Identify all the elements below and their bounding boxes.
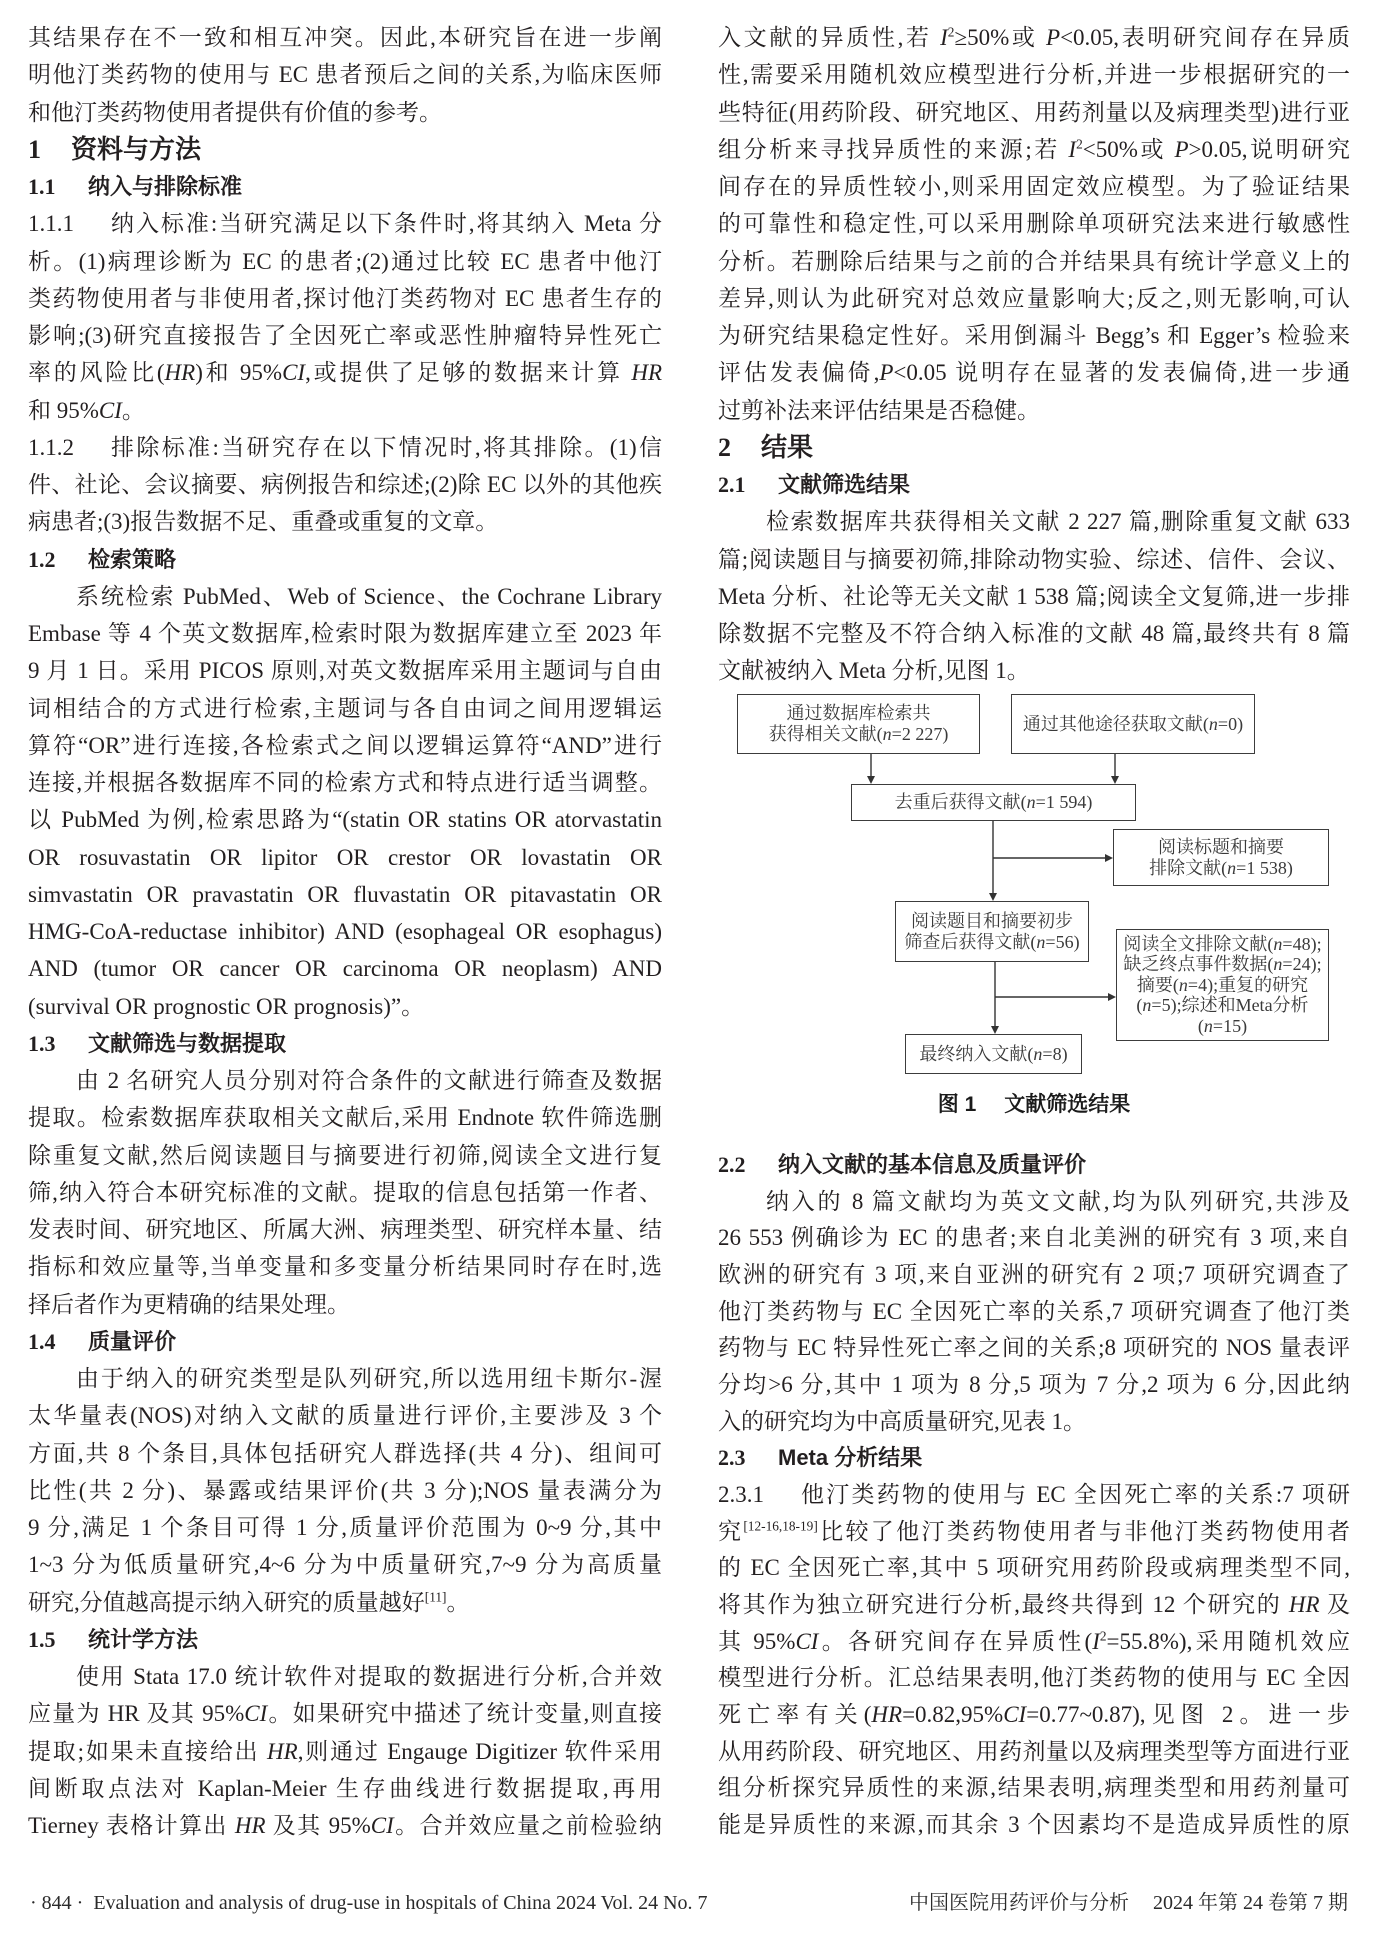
body-line: 为研究结果稳定性好。采用倒漏斗 Begg’s 和 Egger’s 检验来	[718, 317, 1350, 354]
text-run: =1 538)	[1236, 858, 1293, 878]
text-run: 将其作为独立研究进行分析,最终共得到 12 个研究的	[718, 1592, 1289, 1617]
body-line: 2.3.1 他汀类药物的使用与 EC 全因死亡率的关系:7 项研	[718, 1477, 1350, 1514]
text-run: 研究,分值越高提示纳入研究的质量越好	[28, 1590, 425, 1615]
subsection-title: 纳入文献的基本信息及质量评价	[778, 1147, 1086, 1184]
text-run: 及	[1320, 1592, 1350, 1617]
text-run: 纳入标准:当研究满足以下条件时,将其纳入 Meta 分	[111, 205, 662, 242]
body-line: 过剪补法来评估结果是否稳健。	[718, 392, 1350, 429]
subsection-heading: 1.4 质量评价	[28, 1323, 662, 1360]
body-line: OR rosuvastatin OR lipitor OR crestor OR…	[28, 839, 662, 876]
body-line: 26 553 例确诊为 EC 的患者;来自北美洲的研究有 3 项,来自	[718, 1220, 1350, 1257]
arrowhead-right-icon	[1108, 993, 1116, 1001]
italic-term: n	[1027, 792, 1036, 812]
body-line: 差异,则认为此研究对总效应量影响大;反之,则无影响,可认	[718, 280, 1350, 317]
body-line: 除数据不完整及不符合纳入标准的文献 48 篇,最终共有 8 篇	[718, 615, 1350, 652]
text-run: 率的风险比(	[28, 360, 165, 385]
body-line: 模型进行分析。汇总结果表明,他汀类药物的使用与 EC 全因	[718, 1660, 1350, 1697]
italic-term: HR	[165, 360, 196, 385]
body-line: simvastatin OR pravastatin OR fluvastati…	[28, 876, 662, 913]
box-text-line: 获得相关文献(n=2 227)	[769, 724, 949, 745]
text-run: 。	[446, 1590, 469, 1615]
body-line: 文献被纳入 Meta 分析,见图 1。	[718, 652, 1350, 689]
figure-caption: 图 1 文献筛选结果	[718, 1089, 1350, 1117]
text-run: 死亡率有关(	[718, 1702, 871, 1727]
body-line: 药物与 EC 特异性死亡率之间的关系;8 项研究的 NOS 量表评	[718, 1330, 1350, 1367]
left-column: 其结果存在不一致和相互冲突。因此,本研究旨在进一步阐 明他汀类药物的使用与 EC…	[28, 19, 662, 1844]
text-run: =8)	[1042, 1044, 1067, 1064]
body-line: 1~3 分为低质量研究,4~6 分为中质量研究,7~9 分为高质量	[28, 1546, 662, 1583]
subsection-number: 1.2	[28, 541, 88, 578]
body-line: 能是异质性的来源,而其余 3 个因素均不是造成异质性的原	[718, 1807, 1350, 1844]
section-heading: 1 资料与方法	[28, 131, 662, 168]
text-run: 组分析来寻找异质性的来源;若	[718, 137, 1068, 162]
text-run: 。如果研究中描述了统计变量,则直接	[267, 1701, 662, 1726]
text-run: 最终纳入文献(	[919, 1044, 1033, 1064]
body-line: AND (tumor OR cancer OR carcinoma OR neo…	[28, 950, 662, 987]
italic-term: n	[1179, 975, 1188, 995]
subsection-heading: 1.3 文献筛选与数据提取	[28, 1025, 662, 1062]
italic-term: HR	[871, 1702, 902, 1727]
text-run: 。	[122, 398, 145, 423]
body-line: 类药物使用者与非使用者,探讨他汀类药物对 EC 患者生存的	[28, 280, 662, 317]
italic-term: I	[940, 25, 948, 50]
text-run: =1 594)	[1036, 792, 1093, 812]
body-line: 1.1.2 排除标准:当研究存在以下情况时,将其排除。(1)信	[28, 429, 662, 466]
text-run: )和 95%	[195, 360, 282, 385]
body-line: 筛,纳入符合本研究标准的文献。提取的信息包括第一作者、	[28, 1174, 662, 1211]
subsection-heading: 2.1 文献筛选结果	[718, 466, 1350, 503]
box-text-line: 筛查后获得文献(n=56)	[904, 932, 1079, 953]
body-line: 提取;如果未直接给出 HR,则通过 Engauge Digitizer 软件采用	[28, 1733, 662, 1770]
body-line: 检索数据库共获得相关文献 2 227 篇,删除重复文献 633	[718, 503, 1350, 540]
italic-term: n	[883, 724, 892, 744]
body-line: 组分析探究异质性的来源,结果表明,病理类型和用药剂量可	[718, 1770, 1350, 1807]
paragraph-label: 2.3.1	[718, 1477, 801, 1514]
body-line: 究[12-16,18-19]比较了他汀类药物使用者与非他汀类药物使用者	[718, 1514, 1350, 1551]
text-run: =5);综述和Meta分析	[1151, 995, 1308, 1015]
body-line: 其结果存在不一致和相互冲突。因此,本研究旨在进一步阐	[28, 19, 662, 56]
text-run: <0.05 说明存在显著的发表偏倚,进一步通	[893, 360, 1350, 385]
section-number: 1	[28, 131, 71, 168]
journal-name-chinese: 中国医院用药评价与分析	[909, 1892, 1129, 1914]
flow-box-records-database: 通过数据库检索共 获得相关文献(n=2 227)	[737, 694, 980, 754]
text-run: 通过其他途径获取文献(	[1023, 714, 1209, 734]
body-line: 择后者作为更精确的结果处理。	[28, 1286, 662, 1323]
text-run: =48);	[1282, 934, 1321, 954]
body-line: 比性(共 2 分)、暴露或结果评价(共 3 分);NOS 量表满分为	[28, 1472, 662, 1509]
section-heading: 2 结果	[718, 429, 1350, 466]
body-line: 入的研究均为中高质量研究,见表 1。	[718, 1404, 1350, 1441]
arrowhead-down-icon	[991, 1026, 999, 1034]
body-line: 他汀类药物与 EC 全因死亡率的关系,7 项研究调查了他汀类	[718, 1294, 1350, 1331]
subsection-number: 1.3	[28, 1025, 88, 1062]
arrowhead-down-icon	[989, 893, 997, 901]
flow-box-after-dedup: 去重后获得文献(n=1 594)	[851, 784, 1136, 821]
subsection-title: 文献筛选与数据提取	[88, 1025, 286, 1062]
body-line: 系统检索 PubMed、Web of Science、the Cochrane …	[28, 578, 662, 615]
body-line: 其 95%CI。各研究间存在异质性(I2=55.8%),采用随机效应	[718, 1624, 1350, 1661]
text-run: 究	[718, 1519, 743, 1544]
text-run: Tierney 表格计算出	[28, 1813, 235, 1838]
body-line: 应量为 HR 及其 95%CI。如果研究中描述了统计变量,则直接	[28, 1695, 662, 1732]
body-line: 发表时间、研究地区、所属大洲、病理类型、研究样本量、结局	[28, 1211, 662, 1248]
right-column-bottom: 2.2 纳入文献的基本信息及质量评价 纳入的 8 篇文献均为英文文献,均为队列研…	[718, 1147, 1350, 1843]
subsection-title: 文献筛选结果	[778, 466, 910, 503]
subsection-number: 2.3	[718, 1440, 778, 1477]
italic-term: CI	[1003, 1702, 1026, 1727]
box-text-line: 最终纳入文献(n=8)	[919, 1044, 1067, 1065]
body-line: 死亡率有关(HR=0.82,95%CI=0.77~0.87),见图 2。进一步	[718, 1697, 1350, 1734]
body-line: 的 EC 全因死亡率,其中 5 项研究用药阶段或病理类型不同,	[718, 1550, 1350, 1587]
paragraph-label: 1.1.1	[28, 205, 111, 242]
body-line: (survival OR prognostic OR prognosis)”。	[28, 988, 662, 1025]
text-run: 阅读题目和摘要初步	[911, 911, 1073, 931]
figure-label: 图 1	[938, 1088, 977, 1118]
section-title: 结果	[761, 429, 813, 466]
flow-box-records-other: 通过其他途径获取文献(n=0)	[1011, 694, 1255, 754]
body-line: 病患者;(3)报告数据不足、重叠或重复的文章。	[28, 503, 662, 540]
text-run: ,则通过 Engauge Digitizer 软件采用	[298, 1739, 662, 1764]
paragraph-label: 1.1.2	[28, 429, 111, 466]
subsection-number: 1.4	[28, 1323, 88, 1360]
text-run: 去重后获得文献(	[895, 792, 1027, 812]
text-run: 和 95%	[28, 398, 99, 423]
issue-info: 2024 年第 24 卷第 7 期	[1153, 1892, 1348, 1914]
box-text-line: 阅读题目和摘要初步	[911, 911, 1073, 932]
text-run: 筛查后获得文献(	[904, 932, 1036, 952]
body-line: 词相结合的方式进行检索,主题词与各自由词之间用逻辑运	[28, 690, 662, 727]
text-run: 其 95%	[718, 1629, 795, 1654]
italic-term: CI	[99, 398, 122, 423]
section-title: 资料与方法	[71, 131, 201, 168]
body-line: 研究,分值越高提示纳入研究的质量越好[11]。	[28, 1584, 662, 1621]
italic-term: I	[1092, 1629, 1100, 1654]
text-run: 比较了他汀类药物使用者与非他汀类药物使用者	[818, 1519, 1350, 1544]
text-run: 获得相关文献(	[769, 724, 883, 744]
body-line: HMG-CoA-reductase inhibitor) AND (esopha…	[28, 913, 662, 950]
text-run: 入文献的异质性,若	[718, 25, 940, 50]
italic-term: n	[1204, 1016, 1213, 1036]
italic-term: CI	[282, 360, 305, 385]
body-line: 方面,共 8 个条目,具体包括研究人群选择(共 4 分)、组间可	[28, 1435, 662, 1472]
body-line: 从用药阶段、研究地区、用药剂量以及病理类型等方面进行亚	[718, 1734, 1350, 1771]
body-line: 欧洲的研究有 3 项,来自亚洲的研究有 2 项;7 项研究调查了	[718, 1257, 1350, 1294]
text-run: 排除文献(	[1149, 858, 1227, 878]
arrowhead-right-icon	[1105, 854, 1113, 862]
text-run: ≥50%或	[954, 25, 1046, 50]
body-line: 和他汀类药物使用者提供有价值的参考。	[28, 94, 662, 131]
subsection-title: Meta 分析结果	[778, 1440, 922, 1477]
subsection-heading: 1.5 统计学方法	[28, 1621, 662, 1658]
subsection-heading: 1.1 纳入与排除标准	[28, 168, 662, 205]
italic-term: n	[1227, 858, 1236, 878]
figure-title: 文献筛选结果	[1004, 1088, 1130, 1118]
citation-superscript: [11]	[425, 1589, 447, 1604]
text-run: 及其 95%	[266, 1813, 371, 1838]
subsection-number: 2.1	[718, 466, 778, 503]
body-line: 算符“OR”进行连接,各检索式之间以逻辑运算符“AND”进行	[28, 727, 662, 764]
body-line: 纳入的 8 篇文献均为英文文献,均为队列研究,共涉及	[718, 1184, 1350, 1221]
flow-box-excluded-title-abstract: 阅读标题和摘要 排除文献(n=1 538)	[1113, 829, 1329, 886]
text-run: <50%或	[1083, 137, 1175, 162]
text-run: 缺乏终点事件数据(	[1123, 954, 1273, 974]
italic-term: I	[1068, 137, 1076, 162]
body-line: 些特征(用药阶段、研究地区、用药剂量以及病理类型)进行亚	[718, 94, 1350, 131]
body-line: 由于纳入的研究类型是队列研究,所以选用纽卡斯尔-渥	[28, 1360, 662, 1397]
text-run: 提取;如果未直接给出	[28, 1739, 267, 1764]
text-run: <0.05,表明研究间存在异质	[1060, 25, 1350, 50]
italic-term: HR	[235, 1813, 266, 1838]
subsection-title: 质量评价	[88, 1323, 176, 1360]
text-run: 通过数据库检索共	[787, 703, 931, 723]
superscript: 2	[1100, 1628, 1107, 1643]
box-text-line: 阅读全文排除文献(n=48);	[1123, 934, 1321, 955]
italic-term: HR	[1289, 1592, 1320, 1617]
body-line: 连接,并根据各数据库不同的检索方式和特点进行适当调整。	[28, 764, 662, 801]
italic-term: P	[1174, 137, 1188, 162]
journal-name-english: Evaluation and analysis of drug-use in h…	[93, 1892, 707, 1914]
body-line: 使用 Stata 17.0 统计软件对提取的数据进行分析,合并效	[28, 1658, 662, 1695]
subsection-heading: 2.3 Meta 分析结果	[718, 1440, 1350, 1477]
flow-box-excluded-fulltext: 阅读全文排除文献(n=48); 缺乏终点事件数据(n=24); 摘要(n=4);…	[1116, 929, 1329, 1041]
body-line: 性,需要采用随机效应模型进行分析,并进一步根据研究的一	[718, 56, 1350, 93]
body-line: 篇;阅读题目与摘要初筛,排除动物实验、综述、信件、会议、	[718, 541, 1350, 578]
subsection-title: 纳入与排除标准	[88, 168, 242, 205]
right-column-top: 入文献的异质性,若 I2≥50%或 P<0.05,表明研究间存在异质 性,需要采…	[718, 19, 1350, 690]
text-run: 摘要(	[1137, 975, 1179, 995]
body-line: 提取。检索数据库获取相关文献后,采用 Endnote 软件筛选删	[28, 1099, 662, 1136]
body-line: 评估发表偏倚,P<0.05 说明存在显著的发表偏倚,进一步通	[718, 354, 1350, 391]
box-text-line: (n=15)	[1198, 1016, 1247, 1037]
text-run: =4);重复的研究	[1188, 975, 1308, 995]
body-line: 组分析来寻找异质性的来源;若 I2<50%或 P>0.05,说明研究	[718, 131, 1350, 168]
body-line: 间断取点法对 Kaplan-Meier 生存曲线进行数据提取,再用	[28, 1770, 662, 1807]
text-run: =55.8%),采用随机效应	[1107, 1629, 1350, 1654]
subsection-number: 2.2	[718, 1147, 778, 1184]
box-text-line: 阅读标题和摘要	[1158, 837, 1284, 858]
text-run: 阅读全文排除文献(	[1123, 934, 1273, 954]
italic-term: HR	[267, 1739, 298, 1764]
text-run: =15)	[1213, 1016, 1247, 1036]
subsection-title: 统计学方法	[88, 1621, 198, 1658]
italic-term: CI	[244, 1701, 267, 1726]
italic-term: n	[1209, 714, 1218, 734]
body-line: 由 2 名研究人员分别对符合条件的文献进行筛查及数据	[28, 1062, 662, 1099]
subsection-title: 检索策略	[88, 541, 176, 578]
subsection-heading: 2.2 纳入文献的基本信息及质量评价	[718, 1147, 1350, 1184]
body-line: Tierney 表格计算出 HR 及其 95%CI。合并效应量之前检验纳	[28, 1807, 662, 1844]
box-text-line: 通过数据库检索共	[787, 703, 931, 724]
body-line: 影响;(3)研究直接报告了全因死亡率或恶性肿瘤特异性死亡	[28, 317, 662, 354]
text-run: =0.82,95%	[902, 1702, 1003, 1727]
text-run: >0.05,说明研究	[1189, 137, 1350, 162]
subsection-number: 1.5	[28, 1621, 88, 1658]
text-run: =2 227)	[892, 724, 949, 744]
italic-term: HR	[631, 360, 662, 385]
text-run: 。各研究间存在异质性(	[818, 1629, 1092, 1654]
body-line: 和 95%CI。	[28, 392, 662, 429]
text-run: 应量为 HR 及其 95%	[28, 1701, 244, 1726]
body-line: Meta 分析、社论等无关文献 1 538 篇;阅读全文复筛,进一步排	[718, 578, 1350, 615]
text-run: 阅读标题和摘要	[1158, 837, 1284, 857]
footer-left: · 844 ·Evaluation and analysis of drug-u…	[30, 1891, 708, 1915]
box-text-line: 排除文献(n=1 538)	[1149, 858, 1293, 879]
body-line: Embase 等 4 个英文数据库,检索时限为数据库建立至 2023 年	[28, 615, 662, 652]
body-line: 分均>6 分,其中 1 项为 8 分,5 项为 7 分,2 项为 6 分,因此纳	[718, 1367, 1350, 1404]
body-line: 除重复文献,然后阅读题目与摘要进行初筛,阅读全文进行复	[28, 1137, 662, 1174]
body-line: 分析。若删除后结果与之前的合并结果具有统计学意义上的	[718, 243, 1350, 280]
footer-right: 中国医院用药评价与分析2024 年第 24 卷第 7 期	[909, 1891, 1348, 1915]
body-line: 件、社论、会议摘要、病例报告和综述;(2)除 EC 以外的其他疾	[28, 466, 662, 503]
subsection-number: 1.1	[28, 168, 88, 205]
body-line: 入文献的异质性,若 I2≥50%或 P<0.05,表明研究间存在异质	[718, 19, 1350, 56]
flow-box-included: 最终纳入文献(n=8)	[905, 1034, 1082, 1074]
arrowhead-down-icon	[1111, 776, 1119, 784]
body-line: 9 分,满足 1 个条目可得 1 分,质量评价范围为 0~9 分,其中	[28, 1509, 662, 1546]
text-run: ,或提供了足够的数据来计算	[305, 360, 631, 385]
section-number: 2	[718, 429, 761, 466]
italic-term: CI	[371, 1813, 394, 1838]
body-line: 明他汀类药物的使用与 EC 患者预后之间的关系,为临床医师	[28, 56, 662, 93]
body-line: 太华量表(NOS)对纳入文献的质量进行评价,主要涉及 3 个	[28, 1397, 662, 1434]
body-line: 1.1.1 纳入标准:当研究满足以下条件时,将其纳入 Meta 分	[28, 205, 662, 242]
box-text-line: 通过其他途径获取文献(n=0)	[1023, 714, 1243, 735]
body-line: 指标和效应量等,当单变量和多变量分析结果同时存在时,选	[28, 1248, 662, 1285]
text-run: 评估发表偏倚,	[718, 360, 879, 385]
text-run: =56)	[1045, 932, 1079, 952]
body-line: 率的风险比(HR)和 95%CI,或提供了足够的数据来计算 HR	[28, 354, 662, 391]
text-run: =0)	[1218, 714, 1243, 734]
box-text-line: 去重后获得文献(n=1 594)	[895, 792, 1093, 813]
box-text-line: 缺乏终点事件数据(n=24);	[1123, 954, 1321, 975]
body-line: 将其作为独立研究进行分析,最终共得到 12 个研究的 HR 及	[718, 1587, 1350, 1624]
text-run: =0.77~0.87),见图 2。进一步	[1026, 1702, 1350, 1727]
body-line: 以 PubMed 为例,检索思路为“(statin OR statins OR …	[28, 801, 662, 838]
body-line: 析。(1)病理诊断为 EC 的患者;(2)通过比较 EC 患者中他汀	[28, 243, 662, 280]
body-line: 9 月 1 日。采用 PICOS 原则,对英文数据库采用主题词与自由	[28, 652, 662, 689]
text-run: 他汀类药物的使用与 EC 全因死亡率的关系:7 项研	[801, 1477, 1350, 1514]
flow-box-screened: 阅读题目和摘要初步 筛查后获得文献(n=56)	[895, 901, 1089, 962]
arrowhead-down-icon	[867, 776, 875, 784]
subsection-heading: 1.2 检索策略	[28, 541, 662, 578]
box-text-line: 摘要(n=4);重复的研究	[1137, 975, 1308, 996]
text-run: =24);	[1282, 954, 1321, 974]
italic-term: P	[879, 360, 893, 385]
citation-superscript: [12-16,18-19]	[743, 1518, 817, 1533]
text-run: 。合并效应量之前检验纳	[394, 1813, 662, 1838]
body-line: 间存在的异质性较小,则采用固定效应模型。为了验证结果	[718, 168, 1350, 205]
journal-page: 其结果存在不一致和相互冲突。因此,本研究旨在进一步阐 明他汀类药物的使用与 EC…	[0, 0, 1375, 1940]
body-line: 的可靠性和稳定性,可以采用删除单项研究法来进行敏感性	[718, 205, 1350, 242]
box-text-line: (n=5);综述和Meta分析	[1136, 995, 1308, 1016]
italic-term: CI	[795, 1629, 818, 1654]
italic-term: P	[1046, 25, 1060, 50]
page-number: · 844 ·	[30, 1892, 83, 1914]
superscript: 2	[1076, 136, 1083, 151]
text-run: 排除标准:当研究存在以下情况时,将其排除。(1)信	[111, 429, 662, 466]
